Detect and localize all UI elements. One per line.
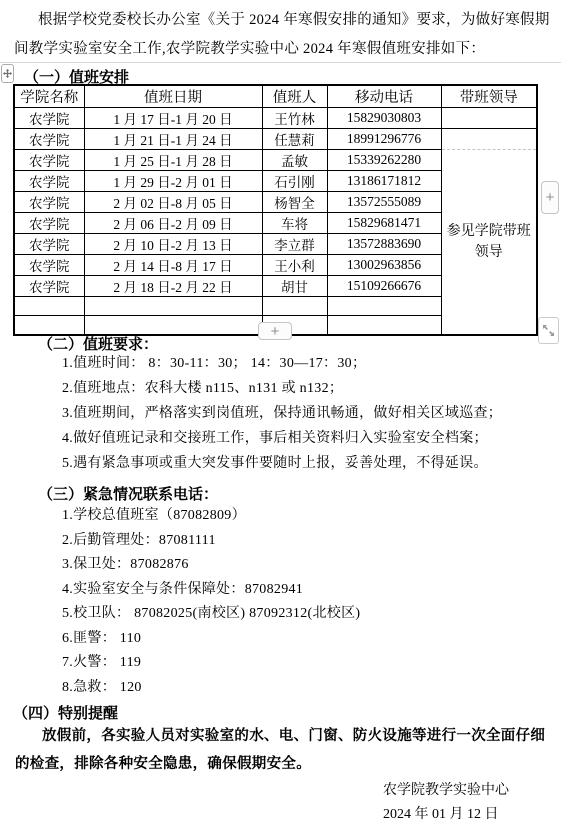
- cell-person: 王竹林: [262, 108, 327, 129]
- cell-college: 农学院: [14, 192, 84, 213]
- cell-date: 2 月 14 日-8 月 17 日: [84, 255, 262, 276]
- cell-person: 李立群: [262, 234, 327, 255]
- duty-table: 学院名称 值班日期 值班人 移动电话 带班领导 农学院 1 月 17 日-1 月…: [13, 84, 538, 336]
- cell-college: 农学院: [14, 255, 84, 276]
- cell-phone: 13572555089: [327, 192, 441, 213]
- duty-table-body: 农学院 1 月 17 日-1 月 20 日 王竹林 15829030803 农学…: [14, 108, 537, 335]
- phone-item: 4.实验室安全与条件保障处：87082941: [62, 578, 360, 603]
- cell-person: 杨智全: [262, 192, 327, 213]
- insert-row-button[interactable]: +: [258, 322, 292, 340]
- cell-phone: 13002963856: [327, 255, 441, 276]
- cell-date: 1 月 25 日-1 月 28 日: [84, 150, 262, 171]
- cell-date: 2 月 10 日-2 月 13 日: [84, 234, 262, 255]
- cell-date: 1 月 17 日-1 月 20 日: [84, 108, 262, 129]
- cell-date: [84, 297, 262, 316]
- table-move-handle[interactable]: [1, 64, 14, 83]
- signature-organization: 农学院教学实验中心: [383, 779, 509, 799]
- document-page: 根据学校党委校长办公室《关于 2024 年寒假安排的通知》要求，为做好寒假期间教…: [0, 0, 561, 826]
- cell-phone: 15829030803: [327, 108, 441, 129]
- intro-paragraph: 根据学校党委校长办公室《关于 2024 年寒假安排的通知》要求，为做好寒假期间教…: [14, 6, 550, 64]
- cell-person: 胡甘: [262, 276, 327, 297]
- cell-phone: 15109266676: [327, 276, 441, 297]
- section2-heading: （二）值班要求：: [38, 333, 158, 354]
- phone-item: 6.匪警： 110: [62, 627, 360, 652]
- cell-person: 石引刚: [262, 171, 327, 192]
- cell-college: 农学院: [14, 108, 84, 129]
- section3-heading: （三）紧急情况联系电话：: [38, 483, 218, 504]
- duty-requirements-list: 1.值班时间： 8：30-11：30； 14：30—17：30；2.值班地点：农…: [62, 352, 502, 477]
- cell-phone: 15339262280: [327, 150, 441, 171]
- diagonal-resize-icon: [542, 324, 555, 337]
- header-leader: 带班领导: [441, 85, 537, 108]
- requirement-item: 4.做好值班记录和交接班工作，事后相关资料归入实验室安全档案；: [62, 427, 502, 452]
- requirement-item: 2.值班地点：农科大楼 n115、n131 或 n132；: [62, 377, 502, 402]
- leader-merged-cell: 参见学院带班领导: [441, 150, 537, 335]
- special-reminder-paragraph: 放假前，各实验人员对实验室的水、电、门窗、防火设施等进行一次全面仔细的检查，排除…: [15, 722, 547, 778]
- requirement-item: 1.值班时间： 8：30-11：30； 14：30—17：30；: [62, 352, 502, 377]
- cell-college: 农学院: [14, 234, 84, 255]
- cell-date: 1 月 21 日-1 月 24 日: [84, 129, 262, 150]
- leader-cell-empty: [441, 108, 537, 129]
- section-divider-line: [0, 62, 561, 63]
- cell-phone: 18991296776: [327, 129, 441, 150]
- cell-person: 车将: [262, 213, 327, 234]
- cell-college: 农学院: [14, 150, 84, 171]
- cell-date: 2 月 06 日-2 月 09 日: [84, 213, 262, 234]
- phone-item: 8.急救： 120: [62, 676, 360, 701]
- move-arrows-icon: [3, 69, 12, 78]
- cell-person: 孟敏: [262, 150, 327, 171]
- header-date: 值班日期: [84, 85, 262, 108]
- phone-item: 2.后勤管理处：87081111: [62, 529, 360, 554]
- cell-date: 2 月 02 日-8 月 05 日: [84, 192, 262, 213]
- table-row: 农学院 1 月 21 日-1 月 24 日 任慧莉 18991296776: [14, 129, 537, 150]
- section4-heading: （四）特别提醒: [13, 702, 118, 723]
- cell-phone: 13572883690: [327, 234, 441, 255]
- cell-person: 王小利: [262, 255, 327, 276]
- cell-college: [14, 316, 84, 335]
- cell-college: 农学院: [14, 276, 84, 297]
- insert-column-button[interactable]: +: [541, 181, 559, 214]
- table-header-row: 学院名称 值班日期 值班人 移动电话 带班领导: [14, 85, 537, 108]
- phone-item: 3.保卫处：87082876: [62, 553, 360, 578]
- cell-college: 农学院: [14, 171, 84, 192]
- cell-phone: 13186171812: [327, 171, 441, 192]
- header-phone: 移动电话: [327, 85, 441, 108]
- cell-date: 1 月 29 日-2 月 01 日: [84, 171, 262, 192]
- requirement-item: 3.值班期间，严格落实到岗值班，保持通讯畅通，做好相关区域巡查；: [62, 402, 502, 427]
- table-row: 农学院 1 月 17 日-1 月 20 日 王竹林 15829030803: [14, 108, 537, 129]
- cell-college: 农学院: [14, 213, 84, 234]
- cell-person: [262, 297, 327, 316]
- cell-phone: [327, 297, 441, 316]
- header-college: 学院名称: [14, 85, 84, 108]
- cell-phone: [327, 316, 441, 335]
- phone-item: 5.校卫队： 87082025(南校区) 87092312(北校区): [62, 602, 360, 627]
- cell-phone: 15829681471: [327, 213, 441, 234]
- leader-cell-empty: [441, 129, 537, 150]
- cell-date: 2 月 18 日-2 月 22 日: [84, 276, 262, 297]
- signature-date: 2024 年 01 月 12 日: [383, 803, 499, 823]
- phone-item: 7.火警： 119: [62, 651, 360, 676]
- header-person: 值班人: [262, 85, 327, 108]
- cell-college: [14, 297, 84, 316]
- cell-date: [84, 316, 262, 335]
- emergency-phone-list: 1.学校总值班室（87082809）2.后勤管理处：870811113.保卫处：…: [62, 504, 360, 700]
- phone-item: 1.学校总值班室（87082809）: [62, 504, 360, 529]
- table-resize-handle[interactable]: [538, 317, 559, 344]
- cell-college: 农学院: [14, 129, 84, 150]
- requirement-item: 5.遇有紧急事项或重大突发事件要随时上报，妥善处理，不得延误。: [62, 452, 502, 477]
- cell-person: 任慧莉: [262, 129, 327, 150]
- table-row: 农学院 1 月 25 日-1 月 28 日 孟敏 15339262280 参见学…: [14, 150, 537, 171]
